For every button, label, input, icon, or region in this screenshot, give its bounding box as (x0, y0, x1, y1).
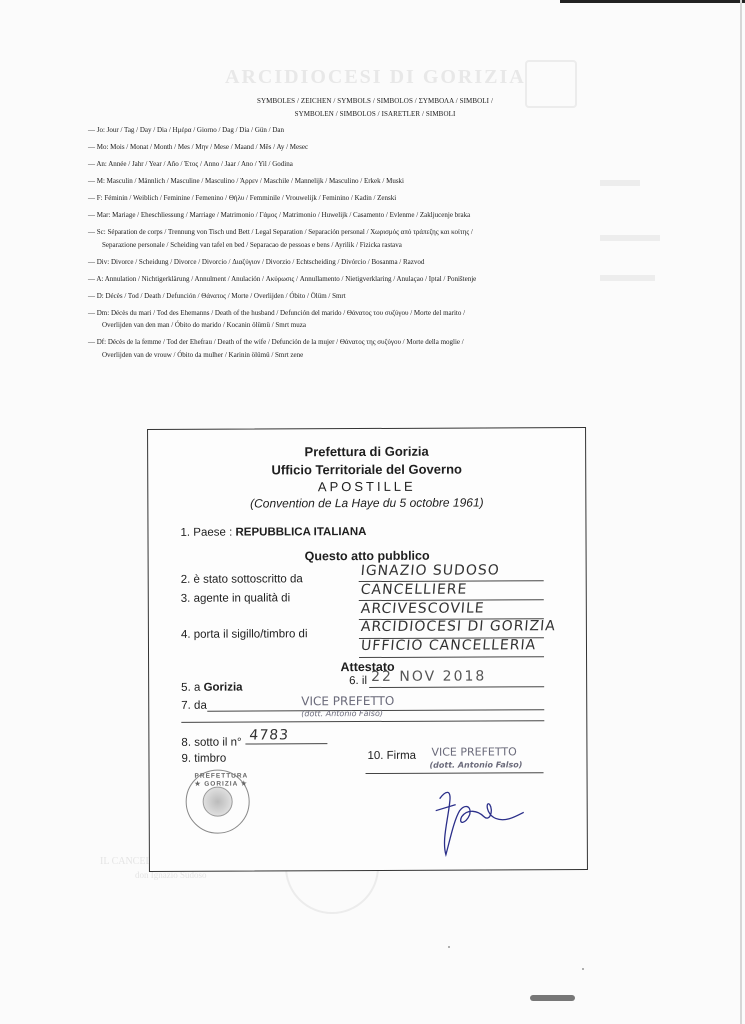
symbol-item: — Div: Divorce / Scheidung / Divorce / D… (88, 256, 588, 269)
symbols-header-line2: SYMBOLEN / SIMBOLOS / ISARETLER / SIMBOL… (150, 108, 600, 121)
field-date-label: 6. il (349, 675, 367, 687)
symbol-item: — Mo: Mois / Monat / Month / Mes / Μην /… (88, 141, 588, 154)
field-number-value: 4783 (249, 727, 290, 743)
field-capacity-label: 3. agente in qualità di (181, 592, 290, 604)
underline (359, 656, 544, 658)
field-seal-value: ARCIDIOCESI DI GORIZIA (360, 618, 556, 635)
field-place: 5. a Gorizia (181, 682, 242, 694)
ghost-header-text: ARCIDIOCESI DI GORIZIA (225, 66, 526, 89)
field-date-value: 22 NOV 2018 (371, 668, 486, 685)
scan-edge (560, 0, 745, 3)
apostille-title: APOSTILLE (148, 478, 585, 495)
office-line1: Prefettura di Gorizia (148, 442, 585, 462)
section-public-act: Questo atto pubblico (149, 548, 586, 564)
convention-ref: (Convention de La Haye du 5 octobre 1961… (148, 495, 585, 511)
signature-stamp-name: (dott. Antonio Falso) (429, 760, 522, 769)
prefecture-seal: PREFETTURA ★ GORIZIA ★ (186, 770, 250, 834)
symbol-item: — Df: Décès de la femme / Tod der Ehefra… (88, 336, 588, 361)
field-signature-label: 10. Firma (367, 750, 416, 762)
issuing-office: Prefettura di Gorizia Ufficio Territoria… (148, 442, 585, 480)
symbol-item: — Sc: Séparation de corps / Trennung von… (88, 226, 588, 251)
field-by-stamp-name: (dott. Antonio Falso) (301, 709, 383, 718)
symbol-item: — An: Année / Jahr / Year / Año / Έτος /… (88, 158, 588, 171)
scan-smudge (530, 995, 575, 1001)
seal-emblem-icon (203, 787, 233, 817)
field-country: 1. Paese : REPUBBLICA ITALIANA (180, 526, 366, 539)
handwritten-signature (432, 780, 532, 860)
symbol-item: — F: Féminin / Weiblich / Feminine / Fem… (88, 192, 588, 205)
underline (369, 686, 544, 688)
symbol-item: — Jo: Jour / Tag / Day / Dia / Ημέρα / G… (88, 124, 588, 137)
signature-stamp: VICE PREFETTO (431, 745, 516, 758)
symbol-item: — D: Décès / Tod / Death / Defunción / Θ… (88, 290, 588, 303)
section-attested: Attestato (149, 659, 586, 675)
symbols-header-line1: SYMBOLES / ZEICHEN / SYMBOLS / SIMBOLOS … (150, 95, 600, 108)
field-signed-by-value: IGNAZIO SUDOSO (360, 562, 500, 579)
symbol-item: — A: Annulation / Nichtigerklärung / Ann… (88, 273, 588, 286)
underline (181, 720, 544, 723)
symbol-item: — Mar: Mariage / Eheschliessung / Marria… (88, 209, 588, 222)
symbols-list: — Jo: Jour / Tag / Day / Dia / Ημέρα / G… (88, 124, 588, 366)
seal-text: PREFETTURA ★ GORIZIA ★ (195, 773, 249, 788)
symbol-item: — M: Masculin / Männlich / Masculine / M… (88, 175, 588, 188)
apostille-stamp: Prefettura di Gorizia Ufficio Territoria… (147, 427, 588, 872)
field-signed-by-label: 2. è stato sottoscritto da (181, 573, 303, 586)
underline (366, 772, 544, 774)
field-seal-label: 4. porta il sigillo/timbro di (181, 628, 308, 641)
symbol-item: — Dm: Décès du mari / Tod des Ehemanns /… (88, 307, 588, 332)
scan-speck (582, 968, 584, 970)
field-stamp-label: 9. timbro (181, 753, 226, 765)
field-seal-value2: UFFICIO CANCELLERIA (360, 637, 537, 654)
scan-edge-right (740, 0, 742, 1024)
ghost-line (600, 235, 660, 241)
ghost-line (600, 275, 655, 281)
field-number-label: 8. sotto il n° (181, 737, 241, 749)
field-by-label: 7. da (181, 700, 207, 712)
symbols-header: SYMBOLES / ZEICHEN / SYMBOLS / SIMBOLOS … (150, 95, 600, 121)
field-by-stamp: VICE PREFETTO (301, 694, 394, 708)
field-capacity-value: CANCELLIERE (360, 582, 468, 598)
scan-speck (448, 946, 450, 948)
field-capacity-value2: ARCIVESCOVILE (360, 600, 485, 617)
office-line2: Ufficio Territoriale del Governo (148, 460, 585, 480)
ghost-line (600, 180, 640, 186)
underline (245, 743, 327, 744)
document-page: ARCIDIOCESI DI GORIZIA IL CANCELLIERE AR… (0, 0, 745, 1024)
